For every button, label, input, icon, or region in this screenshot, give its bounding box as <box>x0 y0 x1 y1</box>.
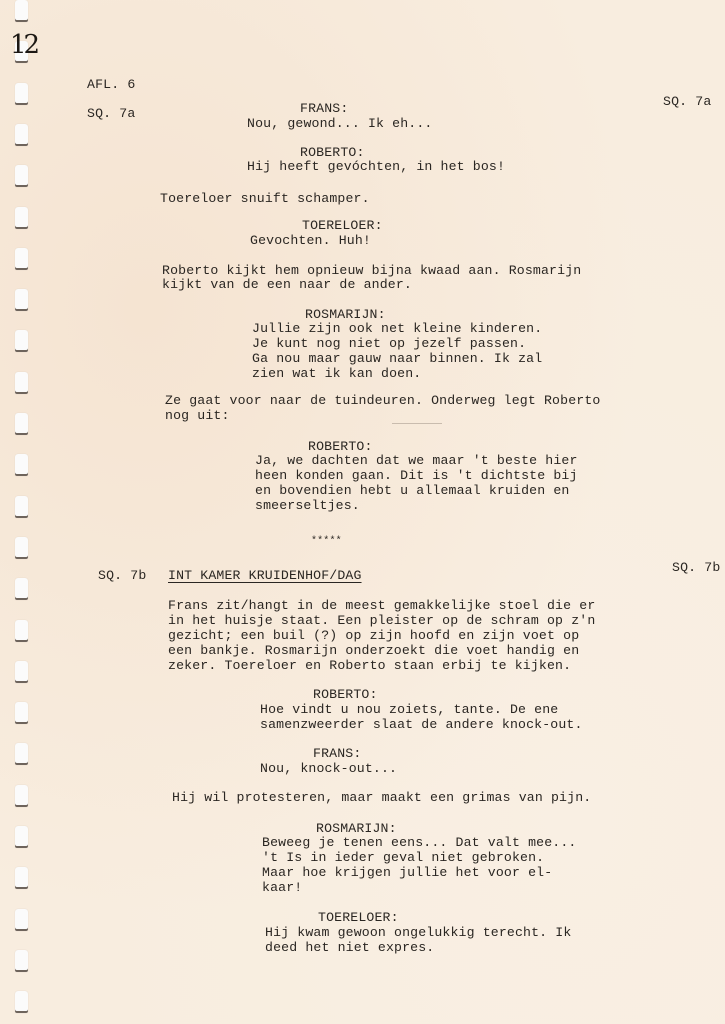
character-name: ROBERTO: <box>313 688 378 702</box>
action-line: kijkt van de een naar de ander. <box>162 278 412 292</box>
action-line: Toereloer snuift schamper. <box>160 192 370 206</box>
action-line: Hij wil protesteren, maar maakt een grim… <box>172 791 591 805</box>
binding-hole <box>15 289 28 311</box>
dialogue-line: kaar! <box>262 881 302 895</box>
episode-label: AFL. 6 <box>87 78 135 92</box>
dialogue-line: Hoe vindt u nou zoiets, tante. De ene <box>260 703 558 717</box>
binding-hole <box>15 909 28 931</box>
sequence-right-7b: SQ. 7b <box>672 561 720 575</box>
binding-hole <box>15 785 28 807</box>
binding-hole <box>15 826 28 848</box>
dialogue-line: Hij heeft gevóchten, in het bos! <box>247 160 505 174</box>
binding-hole <box>15 620 28 642</box>
binding-hole <box>15 330 28 352</box>
binding-hole <box>15 124 28 146</box>
action-line: gezicht; een buil (?) op zijn hoofd en z… <box>168 629 579 643</box>
action-line: nog uit: <box>165 409 230 423</box>
binding-hole <box>15 743 28 765</box>
sequence-left-7b: SQ. 7b <box>98 569 146 583</box>
character-name: FRANS: <box>313 747 361 761</box>
dialogue-line: zien wat ik kan doen. <box>252 367 421 381</box>
dialogue-line: heen konden gaan. Dit is 't dichtste bij <box>255 469 578 483</box>
scene-heading: INT KAMER KRUIDENHOF/DAG <box>168 569 362 583</box>
dialogue-line: 't Is in ieder geval niet gebroken. <box>262 851 544 865</box>
action-line: Frans zit/hangt in de meest gemakkelijke… <box>168 599 595 613</box>
binding-hole <box>15 248 28 270</box>
dialogue-line: Hij kwam gewoon ongelukkig terecht. Ik <box>265 926 571 940</box>
dialogue-line: samenzweerder slaat de andere knock-out. <box>260 718 583 732</box>
dialogue-line: Nou, knock-out... <box>260 762 397 776</box>
dialogue-line: Maar hoe krijgen jullie het voor el- <box>262 866 552 880</box>
dialogue-line: Jullie zijn ook net kleine kinderen. <box>252 322 542 336</box>
action-line: zeker. Toereloer en Roberto staan erbij … <box>168 659 571 673</box>
sequence-left-7a: SQ. 7a <box>87 107 135 121</box>
action-line: een bankje. Rosmarijn onderzoekt die voe… <box>168 644 579 658</box>
character-name: FRANS: <box>300 102 348 116</box>
dialogue-line: Nou, gewond... Ik eh... <box>247 117 432 131</box>
binding-hole <box>15 578 28 600</box>
dialogue-line: Ga nou maar gauw naar binnen. Ik zal <box>252 352 542 366</box>
dialogue-line: smeerseltjes. <box>255 499 360 513</box>
dialogue-line: en bovendien hebt u allemaal kruiden en <box>255 484 570 498</box>
binding-hole <box>15 991 28 1013</box>
binding-hole <box>15 454 28 476</box>
binding-hole <box>15 950 28 972</box>
dialogue-line: Je kunt nog niet op jezelf passen. <box>252 337 526 351</box>
binding-hole <box>15 0 28 22</box>
binding-hole <box>15 496 28 518</box>
handwritten-page-number: 12 <box>10 30 37 60</box>
binding-hole <box>15 413 28 435</box>
dialogue-line: deed het niet expres. <box>265 941 434 955</box>
binding-hole <box>15 83 28 105</box>
character-name: TOERELOER: <box>302 219 383 233</box>
binding-hole <box>15 537 28 559</box>
scene-separator: ***** <box>311 535 342 549</box>
action-line: in het huisje staat. Een pleister op de … <box>168 614 595 628</box>
binding-hole <box>15 165 28 187</box>
sequence-right-7a: SQ. 7a <box>663 95 711 109</box>
binding-hole <box>15 372 28 394</box>
paper-scratch <box>392 423 442 424</box>
binding-hole <box>15 867 28 889</box>
dialogue-line: Beweeg je tenen eens... Dat valt mee... <box>262 836 577 850</box>
character-name: TOERELOER: <box>318 911 399 925</box>
action-line: Ze gaat voor naar de tuindeuren. Onderwe… <box>165 394 600 408</box>
dialogue-line: Ja, we dachten dat we maar 't beste hier <box>255 454 578 468</box>
dialogue-line: Gevochten. Huh! <box>250 234 371 248</box>
binding-hole <box>15 702 28 724</box>
binding-hole <box>15 207 28 229</box>
binding-hole <box>15 661 28 683</box>
